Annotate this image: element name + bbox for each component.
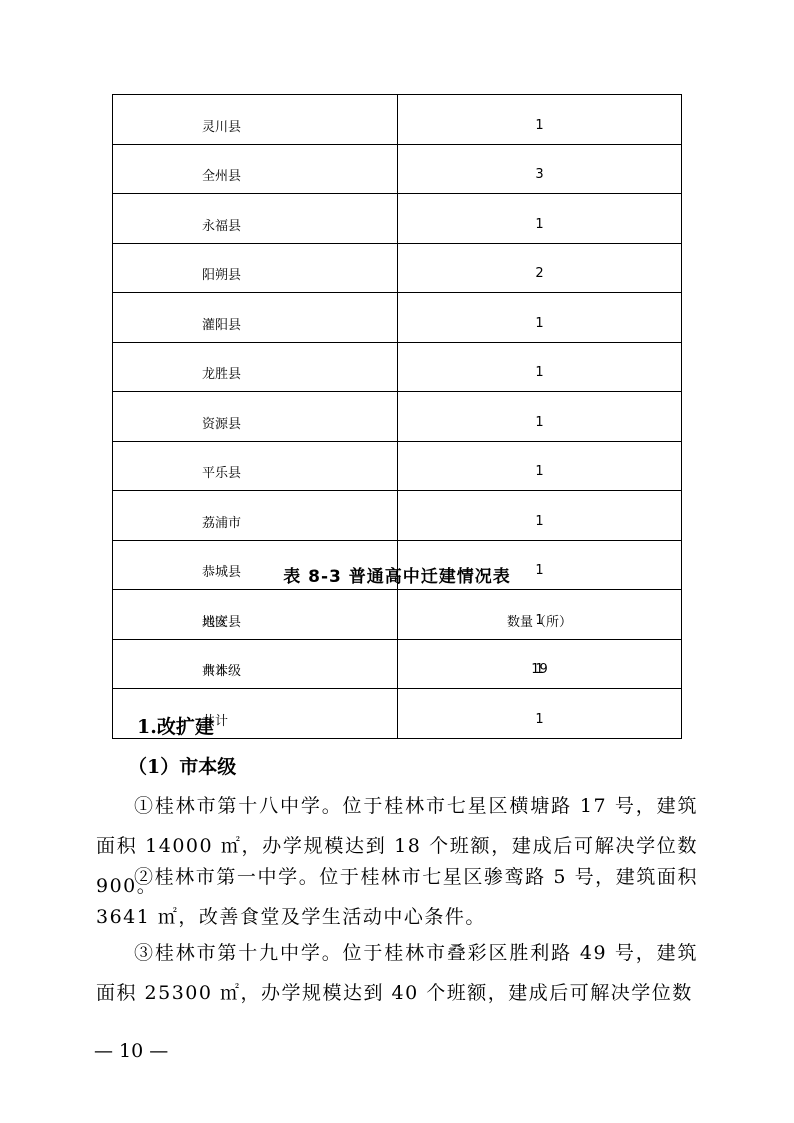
table-row: 阳朔县2 [113,243,682,293]
paragraph-text: ③桂林市第十九中学。位于桂林市叠彩区胜利路 49 号，建筑面积 25300 ㎡，… [96,933,698,1013]
region-cell: 全州县 [113,144,398,194]
table-row: 荔浦市1 [113,491,682,541]
table-row: 市本级1 [113,639,682,689]
region-cell: 平乐县 [113,441,398,491]
header-count: 数量（所） [398,590,682,640]
total-count-cell: 1 [398,689,682,739]
subsection-heading: （1）市本级 [128,752,236,779]
table-row: 灌阳县1 [113,293,682,343]
table-row: 平乐县1 [113,441,682,491]
page-number: — 10 — [94,1040,168,1062]
count-cell: 1 [398,342,682,392]
count-cell: 1 [398,639,682,689]
table-row: 资源县1 [113,392,682,442]
count-cell: 1 [398,441,682,491]
header-region: 地区 [113,590,398,640]
count-cell: 1 [398,194,682,244]
table-row: 龙胜县1 [113,342,682,392]
region-cell: 市本级 [113,639,398,689]
region-cell: 龙胜县 [113,342,398,392]
table-row: 永福县1 [113,194,682,244]
region-cell: 荔浦市 [113,491,398,541]
count-cell: 1 [398,392,682,442]
table-row: 全州县3 [113,144,682,194]
table-row: 灵川县1 [113,95,682,145]
region-cell: 灵川县 [113,95,398,145]
count-cell: 3 [398,144,682,194]
count-cell: 2 [398,243,682,293]
count-cell: 1 [398,293,682,343]
paragraph-school-19: ③桂林市第十九中学。位于桂林市叠彩区胜利路 49 号，建筑面积 25300 ㎡，… [96,933,698,1013]
count-cell: 1 [398,95,682,145]
paragraph-text: ②桂林市第一中学。位于桂林市七星区骖鸾路 5 号，建筑面积 3641 ㎡，改善食… [96,857,698,937]
region-cell: 资源县 [113,392,398,442]
region-cell: 永福县 [113,194,398,244]
table-header-row: 地区数量（所） [113,590,682,640]
count-cell: 1 [398,491,682,541]
section-heading: 1.改扩建 [137,712,214,739]
paragraph-school-1: ②桂林市第一中学。位于桂林市七星区骖鸾路 5 号，建筑面积 3641 ㎡，改善食… [96,857,698,937]
region-cell: 阳朔县 [113,243,398,293]
region-cell: 灌阳县 [113,293,398,343]
table-caption: 表 8-3 普通高中迁建情况表 [0,562,794,587]
